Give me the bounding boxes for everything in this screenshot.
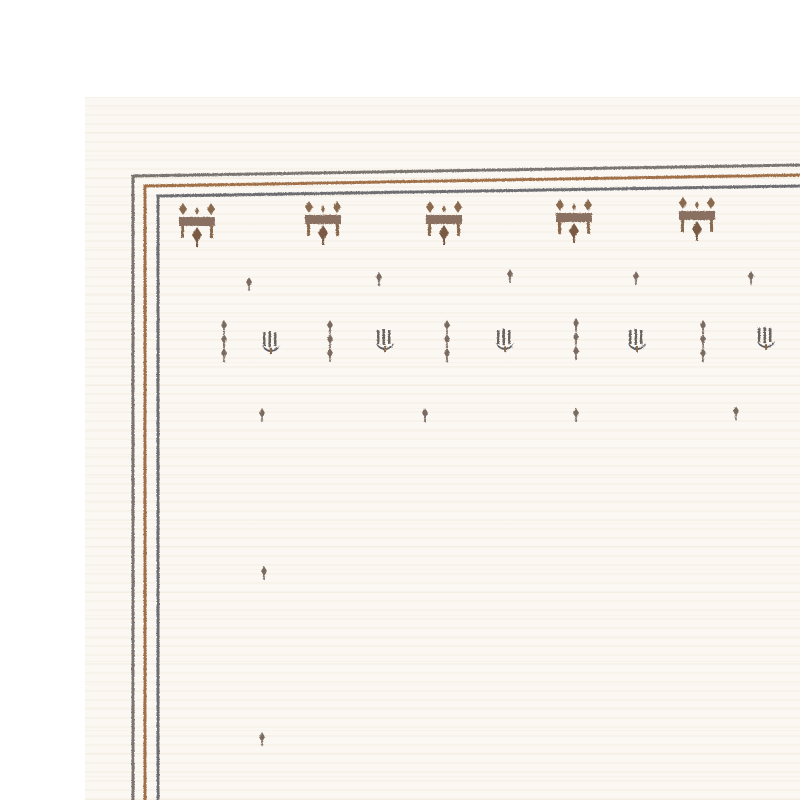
sprig-motif-row [246, 269, 754, 291]
scattered-sprigs [259, 406, 739, 746]
rug-pattern [0, 0, 800, 800]
crown-motif-row [179, 197, 715, 247]
triple-border-lines [133, 165, 800, 800]
trident-motif-row [221, 318, 775, 362]
